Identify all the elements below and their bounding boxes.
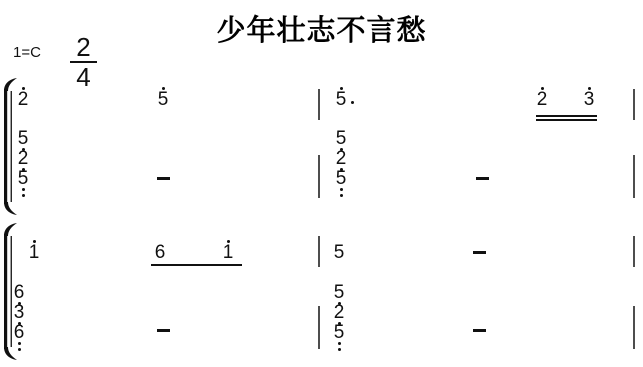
note-digit: 3	[584, 92, 595, 107]
chord-note: 5	[334, 326, 345, 340]
chord-note: 2	[18, 152, 29, 166]
time-signature-numerator: 2	[70, 34, 97, 60]
barline	[633, 236, 635, 267]
note-digit: 5	[334, 245, 345, 260]
octave-down-dot	[18, 348, 21, 351]
accomp-chord: 5 2 5	[16, 132, 30, 198]
key-signature: 1=C	[13, 45, 41, 61]
eighth-beam-line	[151, 264, 242, 266]
octave-down-dot	[338, 348, 341, 351]
chord-note: 5	[18, 132, 29, 146]
accomp-chord: 6 3 6	[12, 286, 26, 352]
accomp-chord: 5 2 5	[332, 286, 346, 352]
melody-note: 2	[16, 87, 30, 107]
chord-note: 5	[336, 172, 347, 186]
octave-down-dot	[340, 194, 343, 197]
sheet-music-page: 少年壮志不言愁 1=C 2 4 2 5 5 2 3 5 2	[0, 0, 643, 367]
barline	[633, 155, 635, 198]
chord-note: 5	[334, 286, 345, 300]
octave-down-dot	[22, 194, 25, 197]
half-note-dash	[473, 329, 486, 332]
accomp-chord: 5 2 5	[334, 132, 348, 198]
half-note-dash	[476, 177, 489, 180]
melody-note: 5	[334, 87, 348, 107]
octave-down-dot	[22, 188, 25, 191]
chord-note: 5	[336, 132, 347, 146]
note-digit: 5	[158, 92, 169, 107]
note-digit: 2	[18, 92, 29, 107]
note-digit: 2	[537, 92, 548, 107]
melody-note: 6	[153, 240, 167, 260]
melody-note: 5	[332, 240, 346, 260]
chord-note: 5	[18, 172, 29, 186]
octave-down-dot	[338, 342, 341, 345]
augmentation-dot	[351, 101, 354, 104]
half-note-dash	[157, 177, 170, 180]
melody-note: 3	[582, 87, 596, 107]
half-note-dash	[157, 329, 170, 332]
melody-note: 2	[535, 87, 549, 107]
barline	[318, 155, 320, 198]
note-digit: 5	[336, 92, 347, 107]
time-signature-denominator: 4	[70, 64, 97, 90]
half-note-dash	[473, 251, 486, 254]
barline	[318, 236, 320, 267]
note-digit: 1	[223, 245, 234, 260]
barline	[318, 306, 320, 349]
chord-note: 6	[14, 326, 25, 340]
chord-note: 2	[334, 306, 345, 320]
melody-note: 5	[156, 87, 170, 107]
melody-note: 1	[27, 240, 41, 260]
barline	[633, 306, 635, 349]
melody-note: 1	[221, 240, 235, 260]
barline	[318, 89, 320, 120]
sixteenth-beam-line	[536, 119, 597, 121]
chord-note: 6	[14, 286, 25, 300]
chord-note: 3	[14, 306, 25, 320]
system-bracket	[2, 78, 17, 215]
octave-down-dot	[340, 188, 343, 191]
time-signature: 2 4	[70, 34, 97, 90]
note-digit: 1	[29, 245, 40, 260]
chord-note: 2	[336, 152, 347, 166]
barline	[633, 89, 635, 120]
octave-down-dot	[18, 342, 21, 345]
sixteenth-beam-line	[536, 115, 597, 117]
note-digit: 6	[155, 245, 166, 260]
